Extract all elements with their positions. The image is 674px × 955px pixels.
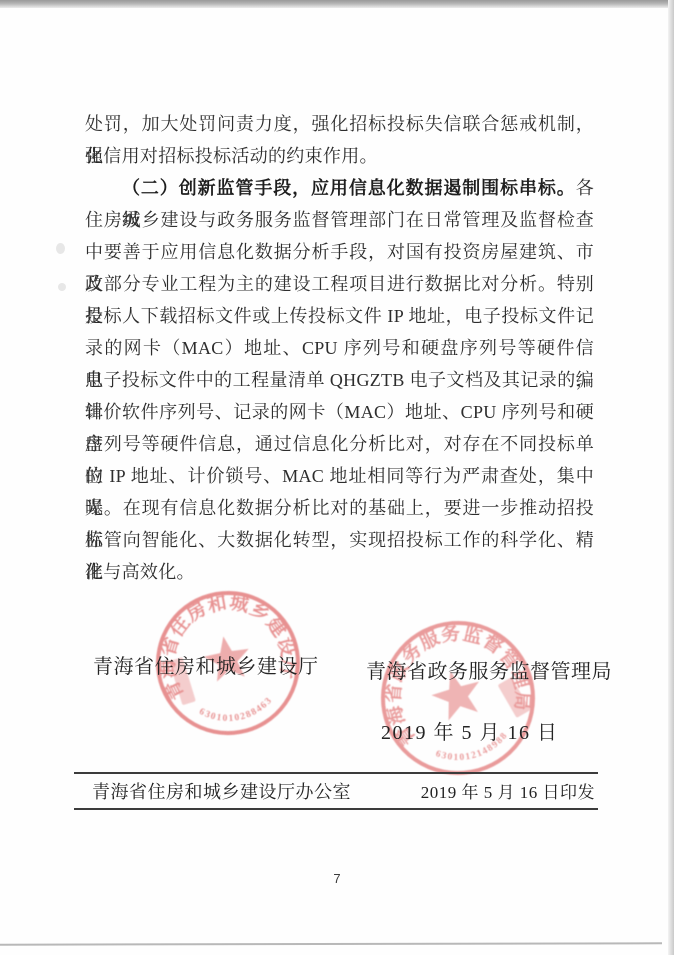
body-line: 录的网卡（MAC）地址、CPU 序列号和硬盘序列号等硬件信息， bbox=[85, 332, 594, 364]
section-heading-bold: （二）创新监管手段，应用信息化数据遏制围标串标。 bbox=[122, 178, 576, 198]
scan-speck bbox=[56, 243, 65, 254]
body-line: 处罚，加大处罚问责力度，强化招标投标失信联合惩戒机制，强 bbox=[85, 108, 594, 140]
footer-rule-top bbox=[74, 772, 598, 774]
page-number: 7 bbox=[322, 871, 352, 886]
scan-edge-right bbox=[668, 0, 674, 955]
body-line: 化信用对招标投标活动的约束作用。 bbox=[85, 140, 594, 172]
body-line: 监管向智能化、大数据化转型，实现招投标工作的科学化、精准 bbox=[85, 524, 594, 556]
official-seal-gov-service-bureau: 青海省政务服务监督管理局 6301012148988 bbox=[359, 599, 557, 797]
body-line: 光。在现有信息化数据分析比对的基础上，要进一步推动招投标 bbox=[85, 492, 594, 524]
body-line: 中要善于应用信息化数据分析手段，对国有投资房屋建筑、市政 bbox=[85, 236, 594, 268]
scan-edge-top bbox=[0, 0, 674, 8]
body-line: 投标人下载招标文件或上传投标文件 IP 地址，电子投标文件记 bbox=[85, 300, 594, 332]
body-line: 电子投标文件中的工程量清单 QHGZTB 电子文档及其记录的编辑 bbox=[85, 364, 594, 396]
footer-office-name: 青海省住房和城乡建设厅办公室 bbox=[92, 782, 351, 802]
footer-rule-bottom bbox=[74, 808, 598, 810]
body-line: 序列号等硬件信息，通过信息化分析比对，对存在不同投标单位 bbox=[85, 428, 594, 460]
issue-date: 2019 年 5 月 16 日 bbox=[381, 721, 559, 745]
scan-edge-bottom bbox=[0, 942, 662, 945]
body-line: 及部分专业工程为主的建设工程项目进行数据比对分析。特别是 bbox=[85, 268, 594, 300]
signing-org-right: 青海省政务服务监督管理局 bbox=[366, 660, 612, 684]
scanned-document-page: 处罚，加大处罚问责力度，强化招标投标失信联合惩戒机制，强 化信用对招标投标活动的… bbox=[0, 0, 674, 955]
section-heading-line: （二）创新监管手段，应用信息化数据遏制围标串标。各级 bbox=[85, 172, 594, 204]
document-body: 处罚，加大处罚问责力度，强化招标投标失信联合惩戒机制，强 化信用对招标投标活动的… bbox=[85, 108, 594, 588]
body-line: 化与高效化。 bbox=[85, 556, 594, 588]
body-line: 住房城乡建设与政务服务监督管理部门在日常管理及监督检查 bbox=[85, 204, 594, 236]
footer-print-date: 2019 年 5 月 16 日印发 bbox=[421, 783, 595, 803]
scan-speck bbox=[58, 283, 66, 291]
body-line: 计价软件序列号、记录的网卡（MAC）地址、CPU 序列号和硬盘 bbox=[85, 396, 594, 428]
signing-org-left: 青海省住房和城乡建设厅 bbox=[93, 655, 319, 679]
body-line: 的 IP 地址、计价锁号、MAC 地址相同等行为严肃查处，集中曝 bbox=[85, 460, 594, 492]
